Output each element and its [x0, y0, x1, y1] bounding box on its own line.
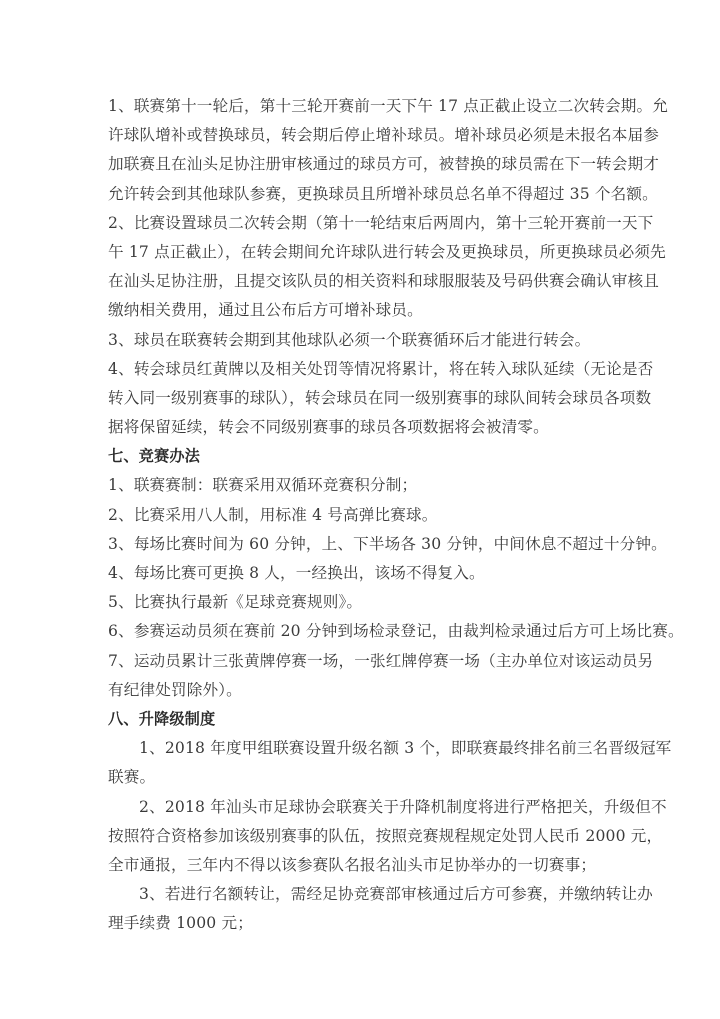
text-line: 全市通报，三年内不得以该参赛队名报名汕头市足协举办的一切赛事；: [108, 851, 614, 880]
text-line: 有纪律处罚除外）。: [108, 676, 614, 705]
text-line: 转入同一级别赛事的球队），转会球员在同一级别赛事的球队间转会球员各项数: [108, 384, 614, 413]
text-line: 3、球员在联赛转会期到其他球队必须一个联赛循环后才能进行转会。: [108, 326, 614, 355]
text-line: 午 17 点正截止），在转会期间允许球队进行转会及更换球员，所更换球员必须先: [108, 238, 614, 267]
text-line: 6、参赛运动员须在赛前 20 分钟到场检录登记，由裁判检录通过后方可上场比赛。: [108, 617, 614, 646]
text-line: 2、比赛采用八人制，用标准 4 号高弹比赛球。: [108, 501, 614, 530]
document-page: 1、联赛第十一轮后，第十三轮开赛前一天下午 17 点正截止设立二次转会期。允 许…: [108, 92, 614, 938]
section-heading-competition-method: 七、竞赛办法: [108, 442, 614, 471]
text-line: 许球队增补或替换球员，转会期后停止增补球员。增补球员必须是未报名本届参: [108, 121, 614, 150]
text-line: 1、联赛第十一轮后，第十三轮开赛前一天下午 17 点正截止设立二次转会期。允: [108, 92, 614, 121]
text-line: 3、每场比赛时间为 60 分钟，上、下半场各 30 分钟，中间休息不超过十分钟。: [108, 530, 614, 559]
text-line: 5、比赛执行最新《足球竞赛规则》。: [108, 588, 614, 617]
text-line: 2、比赛设置球员二次转会期（第十一轮结束后两周内，第十三轮开赛前一天下: [108, 209, 614, 238]
text-line: 按照符合资格参加该级别赛事的队伍，按照竞赛规程规定处罚人民币 2000 元，: [108, 822, 614, 851]
text-line: 7、运动员累计三张黄牌停赛一场，一张红牌停赛一场（主办单位对该运动员另: [108, 647, 614, 676]
text-line: 缴纳相关费用，通过且公布后方可增补球员。: [108, 296, 614, 325]
text-line: 1、2018 年度甲组联赛设置升级名额 3 个，即联赛最终排名前三名晋级冠军: [108, 734, 614, 763]
text-line: 在汕头足协注册，且提交该队员的相关资料和球服服装及号码供赛会确认审核且: [108, 267, 614, 296]
text-line: 理手续费 1000 元；: [108, 909, 614, 938]
text-line: 联赛。: [108, 763, 614, 792]
text-line: 1、联赛赛制：联赛采用双循环竞赛积分制；: [108, 471, 614, 500]
text-line: 2、2018 年汕头市足球协会联赛关于升降机制度将进行严格把关，升级但不: [108, 793, 614, 822]
text-line: 3、若进行名额转让，需经足协竞赛部审核通过后方可参赛，并缴纳转让办: [108, 880, 614, 909]
text-line: 据将保留延续，转会不同级别赛事的球员各项数据将会被清零。: [108, 413, 614, 442]
text-line: 加联赛且在汕头足协注册审核通过的球员方可，被替换的球员需在下一转会期才: [108, 150, 614, 179]
text-line: 4、转会球员红黄牌以及相关处罚等情况将累计，将在转入球队延续（无论是否: [108, 355, 614, 384]
text-line: 允许转会到其他球队参赛，更换球员且所增补球员总名单不得超过 35 个名额。: [108, 180, 614, 209]
section-heading-promotion-relegation: 八、升降级制度: [108, 705, 614, 734]
text-line: 4、每场比赛可更换 8 人，一经换出，该场不得复入。: [108, 559, 614, 588]
